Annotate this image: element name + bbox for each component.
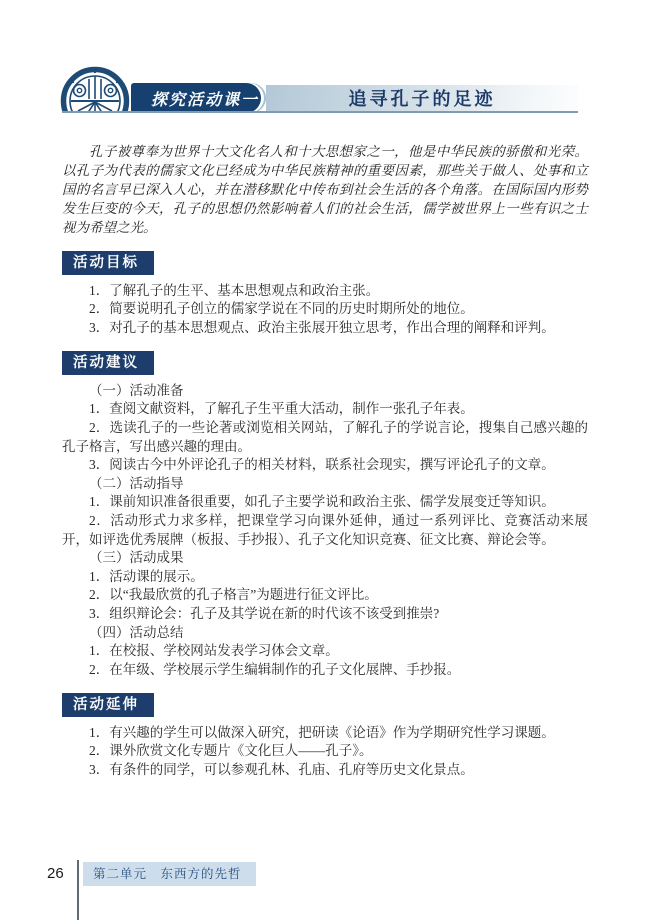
item-group-label: （二）活动指导 [62, 475, 588, 494]
course-banner: 探究活动课一 [131, 83, 261, 113]
page-body: 孔子被尊奉为世界十大文化名人和十大思想家之一，他是中华民族的骄傲和光荣。以孔子为… [62, 142, 588, 780]
intro-paragraph: 孔子被尊奉为世界十大文化名人和十大思想家之一，他是中华民族的骄傲和光荣。以孔子为… [62, 142, 588, 237]
list-item: 1．在校报、学校网站发表学习体会文章。 [62, 642, 588, 661]
list-item: 2．课外欣赏文化专题片《文化巨人——孔子》。 [62, 742, 588, 761]
page-footer: 26 第二单元 东西方的先哲 [0, 858, 650, 920]
list-item: 2．以“我最欣赏的孔子格言”为题进行征文评比。 [62, 586, 588, 605]
item-group-label: （三）活动成果 [62, 549, 588, 568]
list-item: 1．课前知识准备很重要，如孔子主要学说和政治主张、儒学发展变迁等知识。 [62, 493, 588, 512]
header-strip: 追寻孔子的足迹 [266, 85, 578, 111]
list-item: 3．对孔子的基本思想观点、政治主张展开独立思考，作出合理的阐释和评判。 [62, 319, 588, 338]
section-items: 1．有兴趣的学生可以做深入研究，把研读《论语》作为学期研究性学习课题。 2．课外… [62, 724, 588, 780]
list-item: 2．简要说明孔子创立的儒家学说在不同的历史时期所处的地位。 [62, 300, 588, 319]
list-item: 1．活动课的展示。 [62, 568, 588, 587]
page-number: 26 [47, 865, 64, 882]
tile-seal-icon [58, 64, 132, 113]
section-heading-goals: 活动目标 [62, 251, 154, 275]
list-item: 2．在年级、学校展示学生编辑制作的孔子文化展牌、手抄报。 [62, 661, 588, 680]
textbook-page: 探究活动课一 追寻孔子的足迹 孔子被尊奉为世界十大文化名人和十大思想家之一，他是… [0, 0, 650, 920]
list-item: 1．了解孔子的生平、基本思想观点和政治主张。 [62, 282, 588, 301]
list-item: 1．有兴趣的学生可以做深入研究，把研读《论语》作为学期研究性学习课题。 [62, 724, 588, 743]
course-banner-label: 探究活动课一 [151, 87, 259, 110]
section-activity-goals: 活动目标 1．了解孔子的生平、基本思想观点和政治主张。 2．简要说明孔子创立的儒… [62, 251, 588, 337]
section-heading-extension: 活动延伸 [62, 693, 154, 717]
section-heading-suggestions: 活动建议 [62, 351, 154, 375]
list-item: 2．活动形式力求多样，把课堂学习向课外延伸，通过一系列评比、竞赛活动来展开，如评… [62, 512, 588, 549]
header-rule [62, 111, 578, 113]
list-item: 3．有条件的同学，可以参观孔林、孔庙、孔府等历史文化景点。 [62, 761, 588, 780]
item-group-label: （一）活动准备 [62, 382, 588, 401]
unit-label: 第二单元 东西方的先哲 [83, 862, 256, 886]
footer-divider [77, 860, 79, 920]
list-item: 1．查阅文献资料，了解孔子生平重大活动，制作一张孔子年表。 [62, 400, 588, 419]
list-item: 3．组织辩论会：孔子及其学说在新的时代该不该受到推崇? [62, 605, 588, 624]
item-group-label: （四）活动总结 [62, 624, 588, 643]
list-item: 3．阅读古今中外评论孔子的相关材料，联系社会现实，撰写评论孔子的文章。 [62, 456, 588, 475]
section-items: （一）活动准备 1．查阅文献资料，了解孔子生平重大活动，制作一张孔子年表。 2．… [62, 382, 588, 680]
page-title: 追寻孔子的足迹 [349, 85, 496, 111]
section-items: 1．了解孔子的生平、基本思想观点和政治主张。 2．简要说明孔子创立的儒家学说在不… [62, 282, 588, 338]
section-activity-suggestions: 活动建议 （一）活动准备 1．查阅文献资料，了解孔子生平重大活动，制作一张孔子年… [62, 351, 588, 679]
list-item: 2．选读孔子的一些论著或浏览相关网站，了解孔子的学说言论，搜集自己感兴趣的孔子格… [62, 419, 588, 456]
section-activity-extension: 活动延伸 1．有兴趣的学生可以做深入研究，把研读《论语》作为学期研究性学习课题。… [62, 693, 588, 779]
